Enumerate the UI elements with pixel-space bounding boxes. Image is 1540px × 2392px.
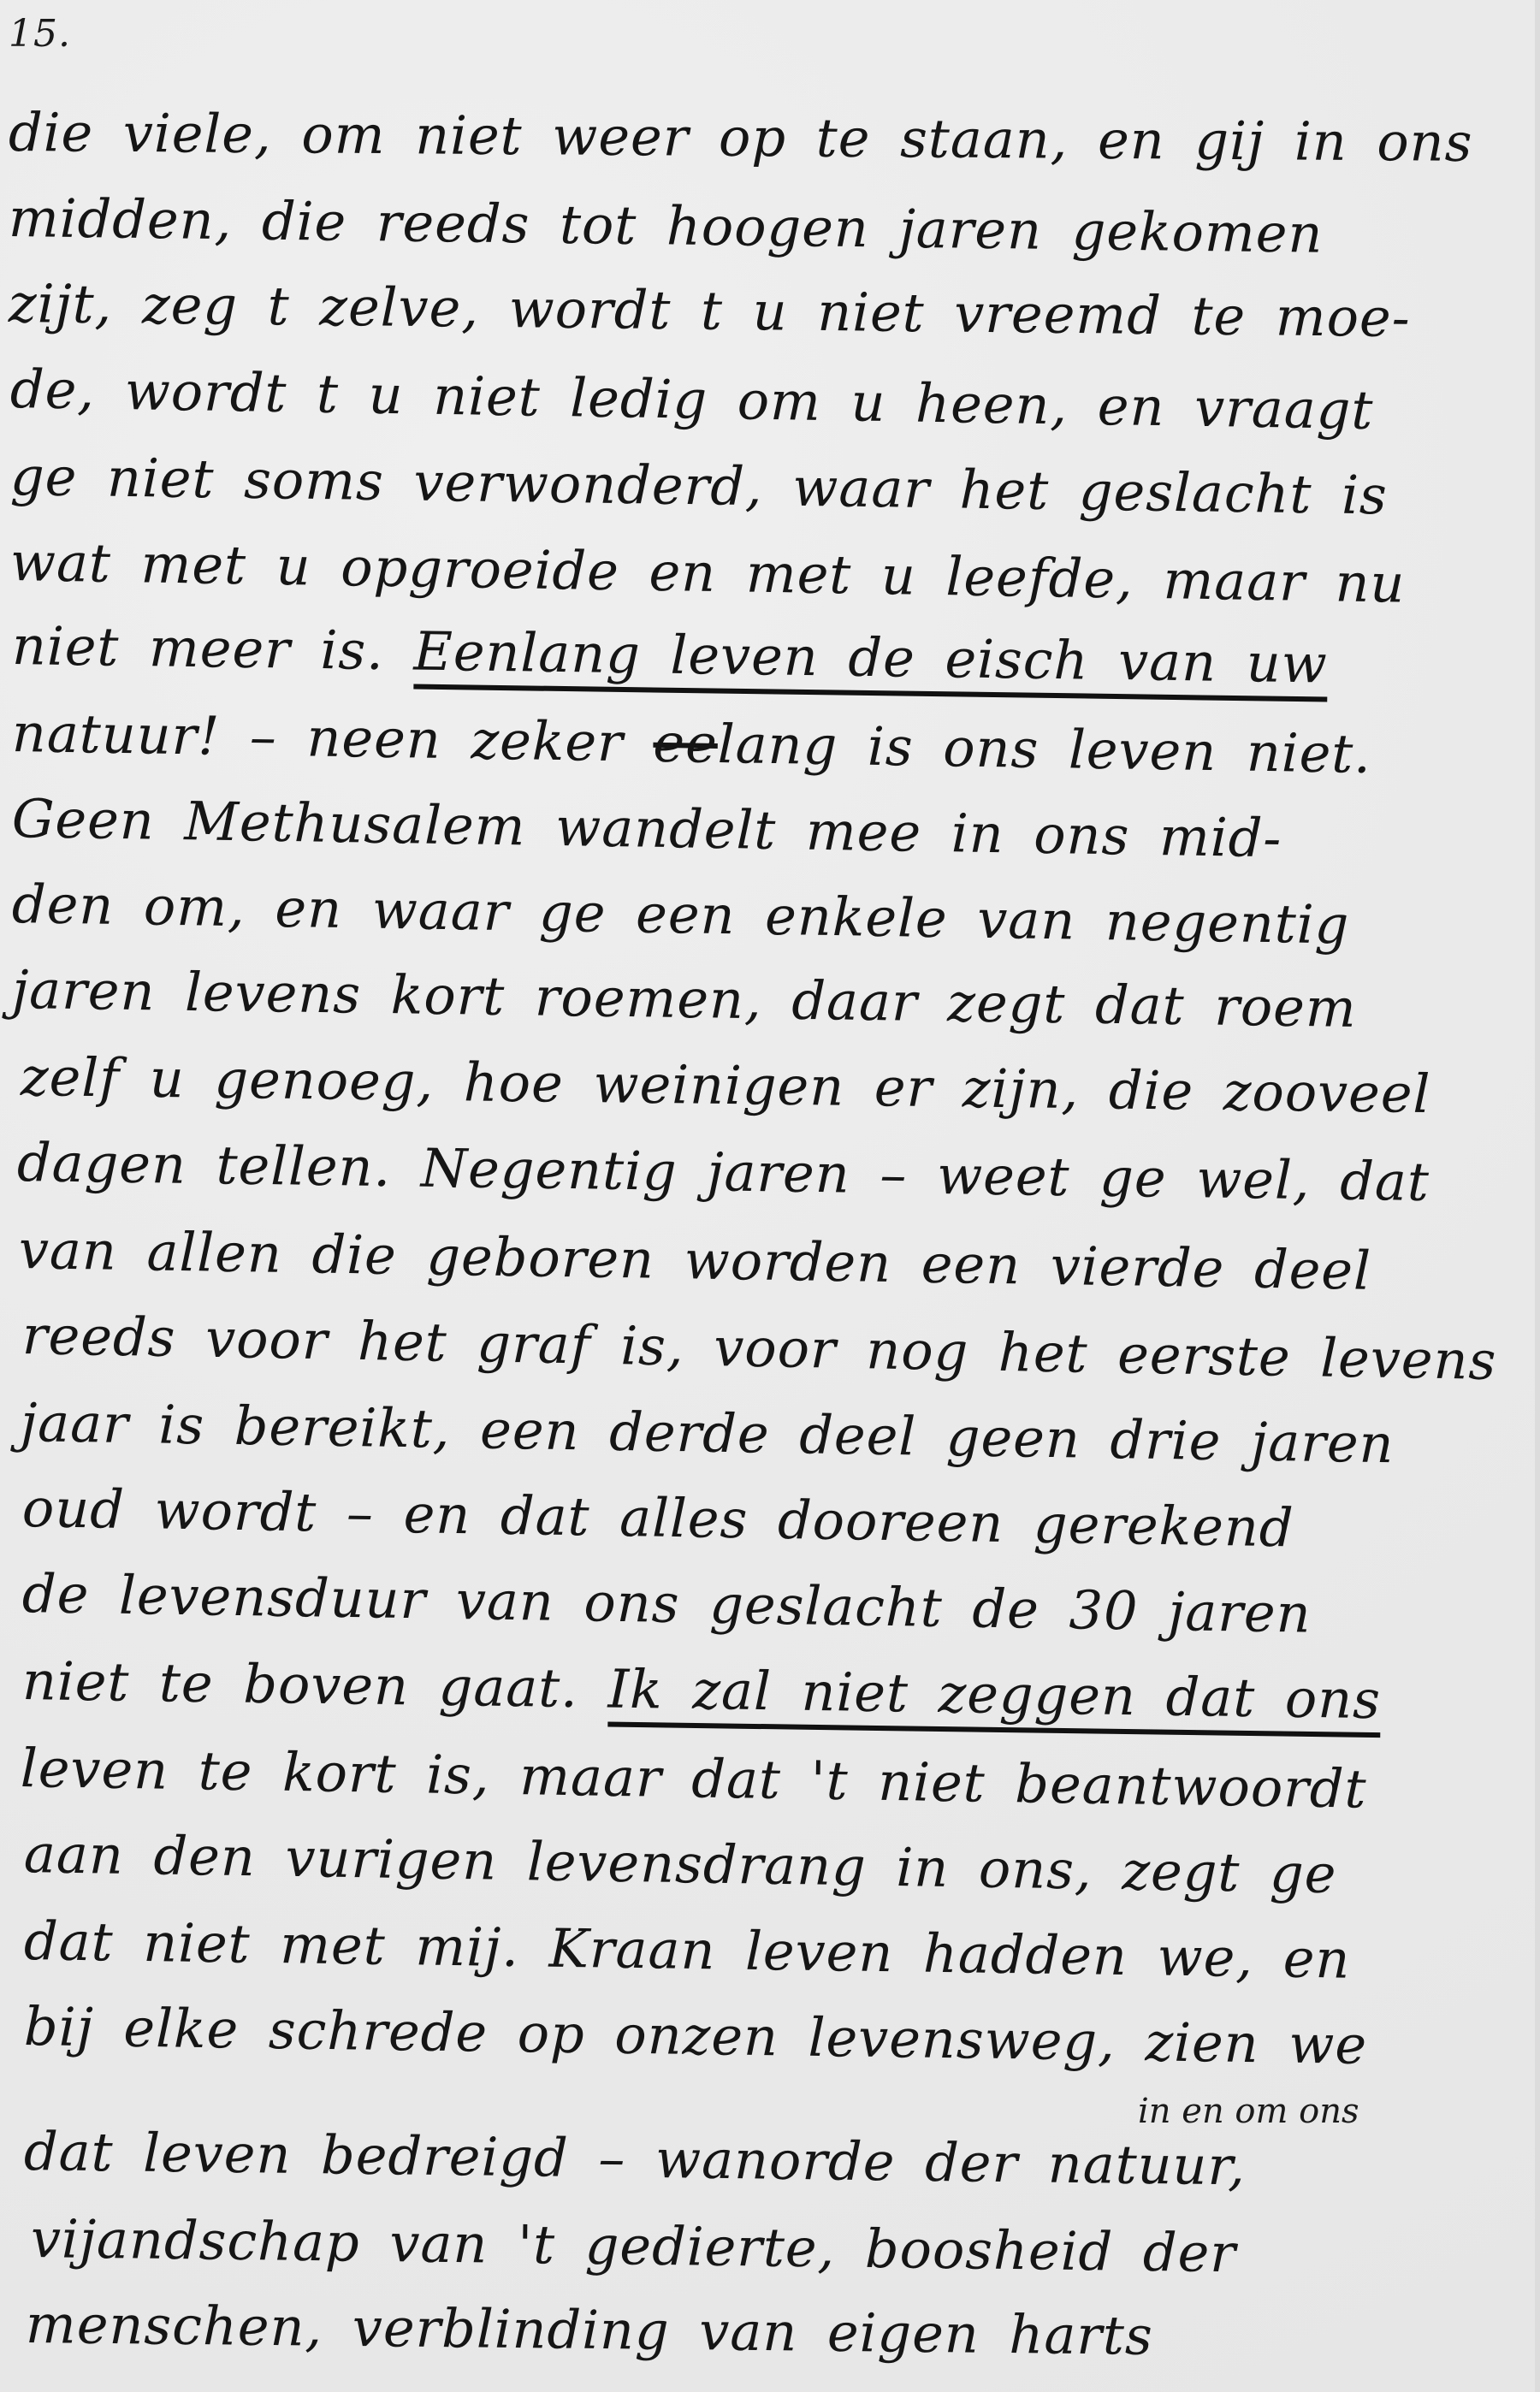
- line-8-suffix: lang is ons leven niet.: [717, 713, 1371, 785]
- text-line-26: menschen, verblinding van eigen harts: [26, 2293, 1154, 2367]
- text-line-14: van allen die geboren worden een vierde …: [18, 1218, 1371, 1302]
- text-line-6: wat met u opgroeide en met u leefde, maa…: [9, 530, 1406, 615]
- text-line-12: zelf u genoeg, hoe weinigen er zijn, die…: [21, 1045, 1431, 1125]
- text-line-24: dat leven bedreigd – wanorde der natuur,: [24, 2120, 1247, 2197]
- line-8-prefix: natuur! – neen zeker: [11, 702, 654, 774]
- text-line-20: leven te kort is, maar dat 't niet beant…: [20, 1737, 1367, 1821]
- text-line-21: aan den vurigen levensdrang in ons, zegt…: [23, 1822, 1337, 1905]
- text-line-22: dat niet met mij. Kraan leven hadden we,…: [23, 1909, 1350, 1991]
- text-line-15: reeds voor het graf is, voor nog het eer…: [21, 1304, 1497, 1392]
- text-line-25: vijandschap van 't gedierte, boosheid de…: [31, 2207, 1237, 2284]
- page-edge: [1535, 0, 1540, 2392]
- text-line-7: niet meer is. Eenlang leven de eisch van…: [11, 614, 1328, 695]
- text-line-11: jaren levens kort roemen, daar zegt dat …: [11, 958, 1357, 1039]
- text-line-4: de, wordt t u niet ledig om u heen, en v…: [9, 358, 1374, 441]
- text-line-3: zijt, zeg t zelve, wordt t u niet vreemd…: [9, 272, 1411, 349]
- text-line-17: oud wordt – en dat alles dooreen gereken…: [21, 1477, 1294, 1559]
- line-19-prefix: niet te boven gaat.: [21, 1649, 608, 1720]
- text-line-2: midden, die reeds tot hoogen jaren gekom…: [9, 187, 1324, 265]
- page-number: 15.: [9, 12, 71, 56]
- struck-text: ee: [653, 712, 719, 775]
- text-line-16: jaar is bereikt, een derde deel geen dri…: [20, 1391, 1395, 1475]
- text-line-5: ge niet soms verwonderd, waar het geslac…: [9, 445, 1388, 526]
- text-line-19: niet te boven gaat. Ik zal niet zeggen d…: [21, 1649, 1381, 1731]
- interlinear-insertion: in en om ons: [1138, 2092, 1359, 2131]
- line-7-prefix: niet meer is.: [11, 614, 414, 683]
- text-line-10: den om, en waar ge een enkele van negent…: [11, 873, 1349, 956]
- manuscript-page: 15. die viele, om niet weer op te staan,…: [0, 0, 1540, 2392]
- text-line-8: natuur! – neen zeker eelang is ons leven…: [11, 702, 1371, 785]
- underlined-phrase-1: Eenlang leven de eisch van uw: [413, 620, 1328, 702]
- text-line-1: die viele, om niet weer op te staan, en …: [9, 101, 1473, 174]
- underlined-phrase-2: Ik zal niet zeggen dat ons: [607, 1658, 1381, 1738]
- text-line-9: Geen Methusalem wandelt mee in ons mid-: [11, 787, 1282, 869]
- text-line-18: de levensduur van ons geslacht de 30 jar…: [21, 1562, 1312, 1645]
- text-line-23: bij elke schrede op onzen levensweg, zie…: [23, 1995, 1367, 2076]
- text-line-13: dagen tellen. Negentig jaren – weet ge w…: [16, 1131, 1430, 1213]
